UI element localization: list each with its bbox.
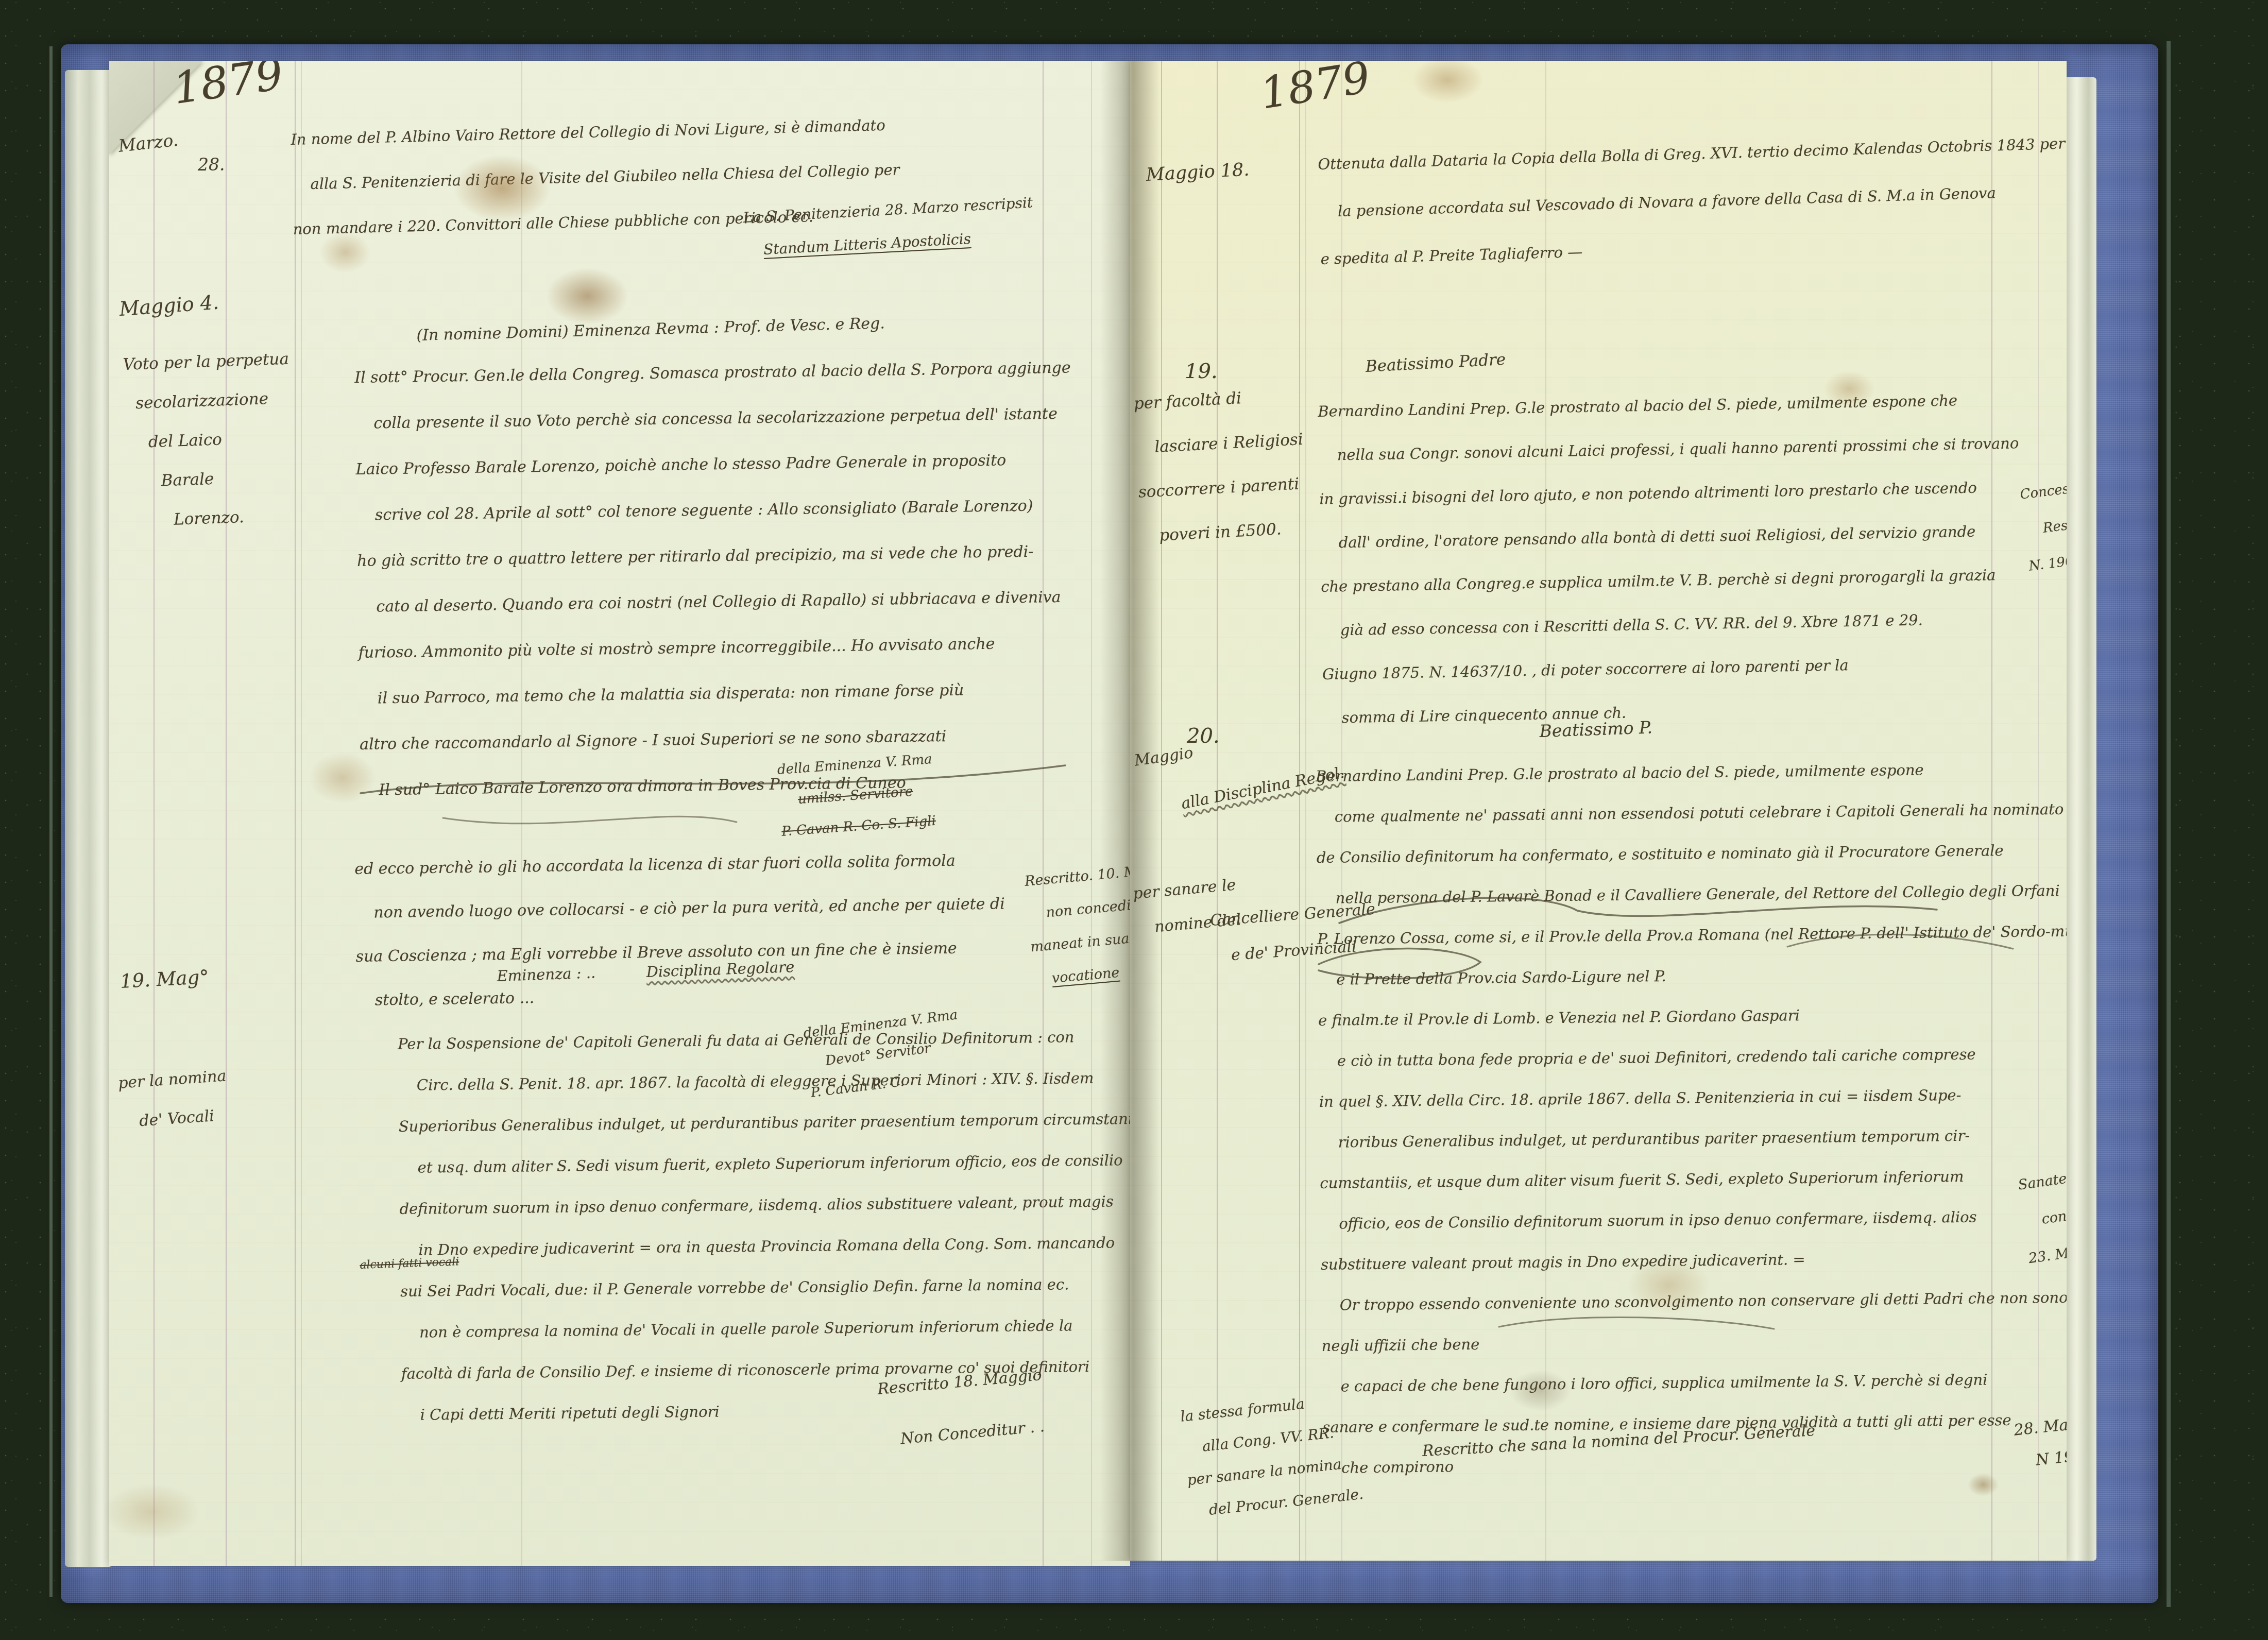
manuscript-line: come qualmente ne' passati anni non esse… [1335, 799, 2067, 849]
entry6-bottom-right-ref: 28. Magg/.N 19004 [2013, 1413, 2067, 1485]
manuscript-line: e capaci de che bene fungono i loro offi… [1340, 1369, 2067, 1419]
entry3-heading-address: Eminenza : .. [497, 964, 596, 985]
left-year: 1879 [170, 61, 286, 114]
entry3-margin-date: 19. Mag° [120, 966, 210, 993]
entry2-margin-note: Voto per la perpetuasecolarizzazionedel … [123, 350, 295, 551]
entry2-inline-note-cancelled: della Eminenza V. Rmaumilss. ServitoreP.… [777, 751, 938, 855]
manuscript-line: nella persona del P. Lavarè Bonad e il C… [1335, 881, 2067, 930]
manuscript-line: negli uffizii che bene [1322, 1328, 2067, 1378]
entry6-heading: Beatissimo P. [1539, 717, 1653, 741]
page-edges-left [65, 70, 112, 1567]
manuscript-line: Barale [161, 467, 294, 511]
entry6-body: Bernardino Landini Prep. G.le prostrato … [1316, 759, 2067, 1500]
book-gutter-shadow [1100, 61, 1160, 1561]
margin-rule [226, 61, 227, 1566]
margin-rule [1299, 61, 1300, 1561]
manuscript-line: e finalm.te il Prov.le di Lomb. e Venezi… [1318, 1003, 2067, 1052]
manuscript-line: cumstantiis, et usque dum aliter visum f… [1320, 1166, 2067, 1215]
margin-rule [1217, 61, 1218, 1561]
manuscript-line: Circ. della S. Penit. 18. apr. 1867. la … [417, 1069, 1130, 1118]
entry6-bottom-margin-note: la stessa formulaalla Cong. VV. RR.per s… [1180, 1390, 1366, 1535]
manuscript-line: Voto per la perpetua [123, 350, 290, 395]
entry5-margin-number: 19. [1185, 360, 1218, 383]
manuscript-line: rioribus Generalibus indulget, ut perdur… [1338, 1125, 2067, 1174]
left-page: 1879 Marzo. 28. In nome del P. Albino Va… [109, 61, 1130, 1566]
entry2-heading: (In nomine Domini) Eminenza Revma : Prof… [416, 314, 885, 345]
manuscript-line: lasciare i Religiosi [1154, 430, 1305, 482]
entry3-rescript: Rescritto 18. MaggioNon Conceditur . . [877, 1366, 1050, 1483]
manuscript-line: e ciò in tutta bona fede propria e de' s… [1337, 1044, 2067, 1093]
entry3-margin-note: per la nominade' Vocali [117, 1067, 231, 1152]
entry4-body: Ottenuta dalla Dataria la Copia della Bo… [1318, 134, 2067, 297]
manuscript-line: in Dno expedire judicaverint = ora in qu… [418, 1234, 1130, 1283]
manuscript-line: e il Prette della Prov.cia Sardo-Ligure … [1336, 962, 2067, 1012]
photo-backdrop: 1879 Marzo. 28. In nome del P. Albino Va… [0, 0, 2268, 1640]
manuscript-line: del Laico [148, 428, 293, 472]
entry2-margin-date: Maggio 4. [118, 291, 219, 320]
manuscript-line: Or troppo essendo conveniente uno sconvo… [1340, 1288, 2067, 1337]
manuscript-line: et usq. dum aliter S. Sedi visum fuerit,… [418, 1151, 1130, 1200]
margin-rule [295, 61, 296, 1566]
entry2-body: Il sott° Procur. Gen.le della Congreg. S… [354, 359, 1077, 827]
entry5-side-rescript: ConcessaResc. 28. Magg.N. 19032. [2019, 472, 2067, 595]
manuscript-line: officio, eos de Consilio definitorum suo… [1339, 1206, 2067, 1256]
page-edges-right [2064, 77, 2096, 1561]
manuscript-line: non è compresa la nomina de' Vocali in q… [419, 1316, 1130, 1365]
manuscript-line: Per la Sospensione de' Capitoli Generali… [398, 1028, 1130, 1077]
margin-rule [301, 61, 302, 1566]
right-page: 1879 Maggio 18. Ottenuta dalla Dataria l… [1130, 61, 2067, 1561]
margin-rule [1161, 61, 1162, 1561]
manuscript-line: Superioribus Generalibus indulget, ut pe… [399, 1110, 1130, 1159]
margin-rule [154, 61, 155, 1566]
manuscript-line: Concessa [2019, 472, 2067, 523]
manuscript-line: de Consilio definitorum ha confermato, e… [1317, 840, 2067, 890]
manuscript-line: Bernardino Landini Prep. G.le prostrato … [1316, 759, 2067, 808]
manuscript-line: Il sud° Laico Barale Lorenzo ora dimora … [379, 772, 1077, 827]
glass-edge-left [49, 46, 53, 1597]
manuscript-line: in quel §. XIV. della Circ. 18. aprile 1… [1319, 1084, 2067, 1134]
entry5-body: Bernardino Landini Prep. G.le prostrato … [1318, 390, 2024, 753]
manuscript-line: P. Lorenzo Cossa, come si, e il Prov.le … [1317, 921, 2067, 971]
entry2-body-continued: ed ecco perchè io gli ho accordata la li… [354, 851, 1007, 1035]
margin-rule [1305, 61, 1306, 1561]
manuscript-line: definitorum suorum in ipso denuo conferm… [399, 1192, 1130, 1241]
manuscript-line: per la nomina [117, 1067, 228, 1113]
manuscript-line: poveri in £500. [1158, 519, 1309, 571]
manuscript-line: substituere valeant prout magis in Dno e… [1321, 1247, 2067, 1296]
entry1-margin-day: 28. [198, 155, 225, 175]
manuscript-line: Lorenzo. [174, 506, 296, 550]
manuscript-line: sui Sei Padri Vocali, due: il P. General… [400, 1275, 1130, 1324]
entry5-heading: Beatissimo Padre [1365, 350, 1506, 376]
manuscript-line: de' Vocali [139, 1106, 231, 1151]
glass-edge-right [2167, 41, 2171, 1607]
right-year: 1879 [1257, 61, 1373, 119]
manuscript-line: secolarizzazione [135, 389, 292, 433]
